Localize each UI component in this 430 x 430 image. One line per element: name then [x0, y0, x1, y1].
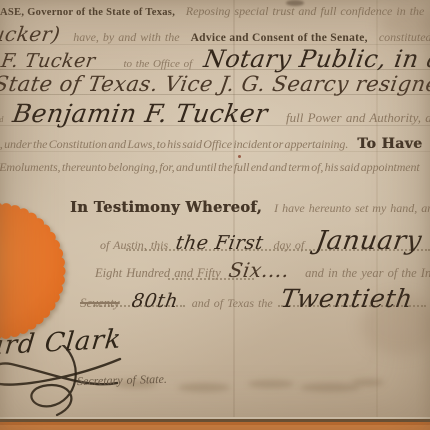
printed-of-austin: of Austin, this	[100, 238, 168, 252]
line-advice-consent: Tucker) have, by and with the Advice and…	[0, 22, 430, 46]
printed-full-power: full Power and Authority, an	[286, 110, 430, 125]
line-constitution: ts, under the Constitution and Laws, to …	[0, 136, 422, 152]
stain	[352, 379, 384, 386]
printed-advice-consent: Advice and Consent of the Senate,	[191, 32, 368, 44]
handwritten-state-vice: State of Texas. Vice J. G. Searcy resign…	[0, 72, 430, 96]
printed-texas-the: and of Texas the	[192, 296, 273, 310]
handwritten-name-overflow: Tucker)	[0, 22, 62, 46]
handwritten-year: Six....	[227, 258, 291, 282]
line-date: of Austin, this the First day of January	[100, 226, 422, 256]
printed-set-hand: I have hereunto set my hand, and caused …	[274, 201, 430, 215]
printed-reposing: Reposing special trust and full confiden…	[186, 4, 425, 18]
printed-have-by: have, by and with the	[73, 30, 179, 44]
stain	[248, 380, 294, 388]
printed-said: said	[0, 115, 3, 124]
printed-seventy-struck: Seventy	[80, 295, 120, 310]
printed-to-office: to the Office of	[123, 58, 192, 70]
printed-to-have: To Have	[357, 136, 422, 152]
handwritten-office-name: Notary Public, in and	[202, 45, 430, 73]
printed-governor-title: PEASE, Governor of the State of Texas,	[0, 7, 175, 18]
handwritten-twentieth: Twentieth	[278, 284, 414, 313]
line-appointee: said Benjamin F. Tucker full Power and A…	[0, 99, 430, 128]
ink-speck	[238, 155, 241, 158]
handwritten-appointee-margin: n F. Tucker	[0, 50, 97, 72]
line-year: Eight Hundred and Fifty Six.... and in t…	[95, 258, 430, 282]
printed-constituted: constituted and appoint	[379, 30, 430, 44]
printed-eight-hundred: Eight Hundred and Fifty	[95, 266, 221, 280]
seal-body	[0, 208, 60, 334]
printed-constitution: ts, under the Constitution and Laws, to …	[0, 137, 348, 151]
stain	[300, 383, 360, 392]
handwritten-appointee-name: Benjamin F. Tucker	[11, 99, 270, 128]
printed-year-of: and in the year of the Ind	[305, 266, 430, 280]
line-office: n F. Tucker to the Office of Notary Publ…	[0, 45, 430, 73]
printed-emoluments: nd Emoluments, thereunto belonging, for,…	[0, 160, 420, 174]
handwritten-eightieth: 80th	[130, 290, 180, 312]
stain	[178, 383, 230, 392]
printed-in-testimony: In Testimony Whereof,	[70, 199, 262, 216]
line-testimony: In Testimony Whereof, I have hereunto se…	[70, 199, 430, 217]
handwritten-day: the First	[174, 232, 265, 254]
mat-edge	[0, 417, 430, 430]
line-independence: Seventy 80th and of Texas the Twentieth	[80, 284, 412, 313]
handwritten-month: January	[314, 226, 424, 256]
printed-secretary-of-state: Secretary of State.	[77, 372, 167, 388]
document-photo: PEASE, Governor of the State of Texas, R…	[0, 0, 430, 430]
line-emoluments: nd Emoluments, thereunto belonging, for,…	[0, 160, 420, 175]
line-preamble: PEASE, Governor of the State of Texas, R…	[0, 4, 424, 19]
line-vice: State of Texas. Vice J. G. Searcy resign…	[0, 72, 430, 96]
state-seal	[0, 186, 72, 350]
printed-day-of: day of	[274, 238, 305, 252]
signer-title-block: Secretary of State.	[77, 370, 167, 390]
